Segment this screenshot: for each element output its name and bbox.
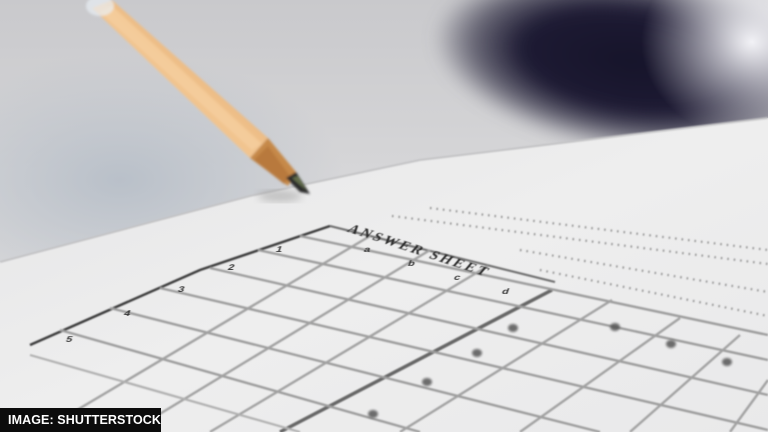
answer-bubble [610,323,620,331]
answer-bubble [472,349,482,357]
answer-bubble [368,410,378,418]
answer-bubble [666,340,676,348]
answer-bubble [422,378,432,386]
photo-scene: ANSWER SHEET 1 2 3 4 5 a b c d IMAGE: SH… [0,0,768,432]
pencil [0,0,768,432]
answer-bubble [722,358,732,366]
answer-bubble [508,324,518,332]
image-credit-caption: IMAGE: SHUTTERSTOCK [0,408,161,432]
